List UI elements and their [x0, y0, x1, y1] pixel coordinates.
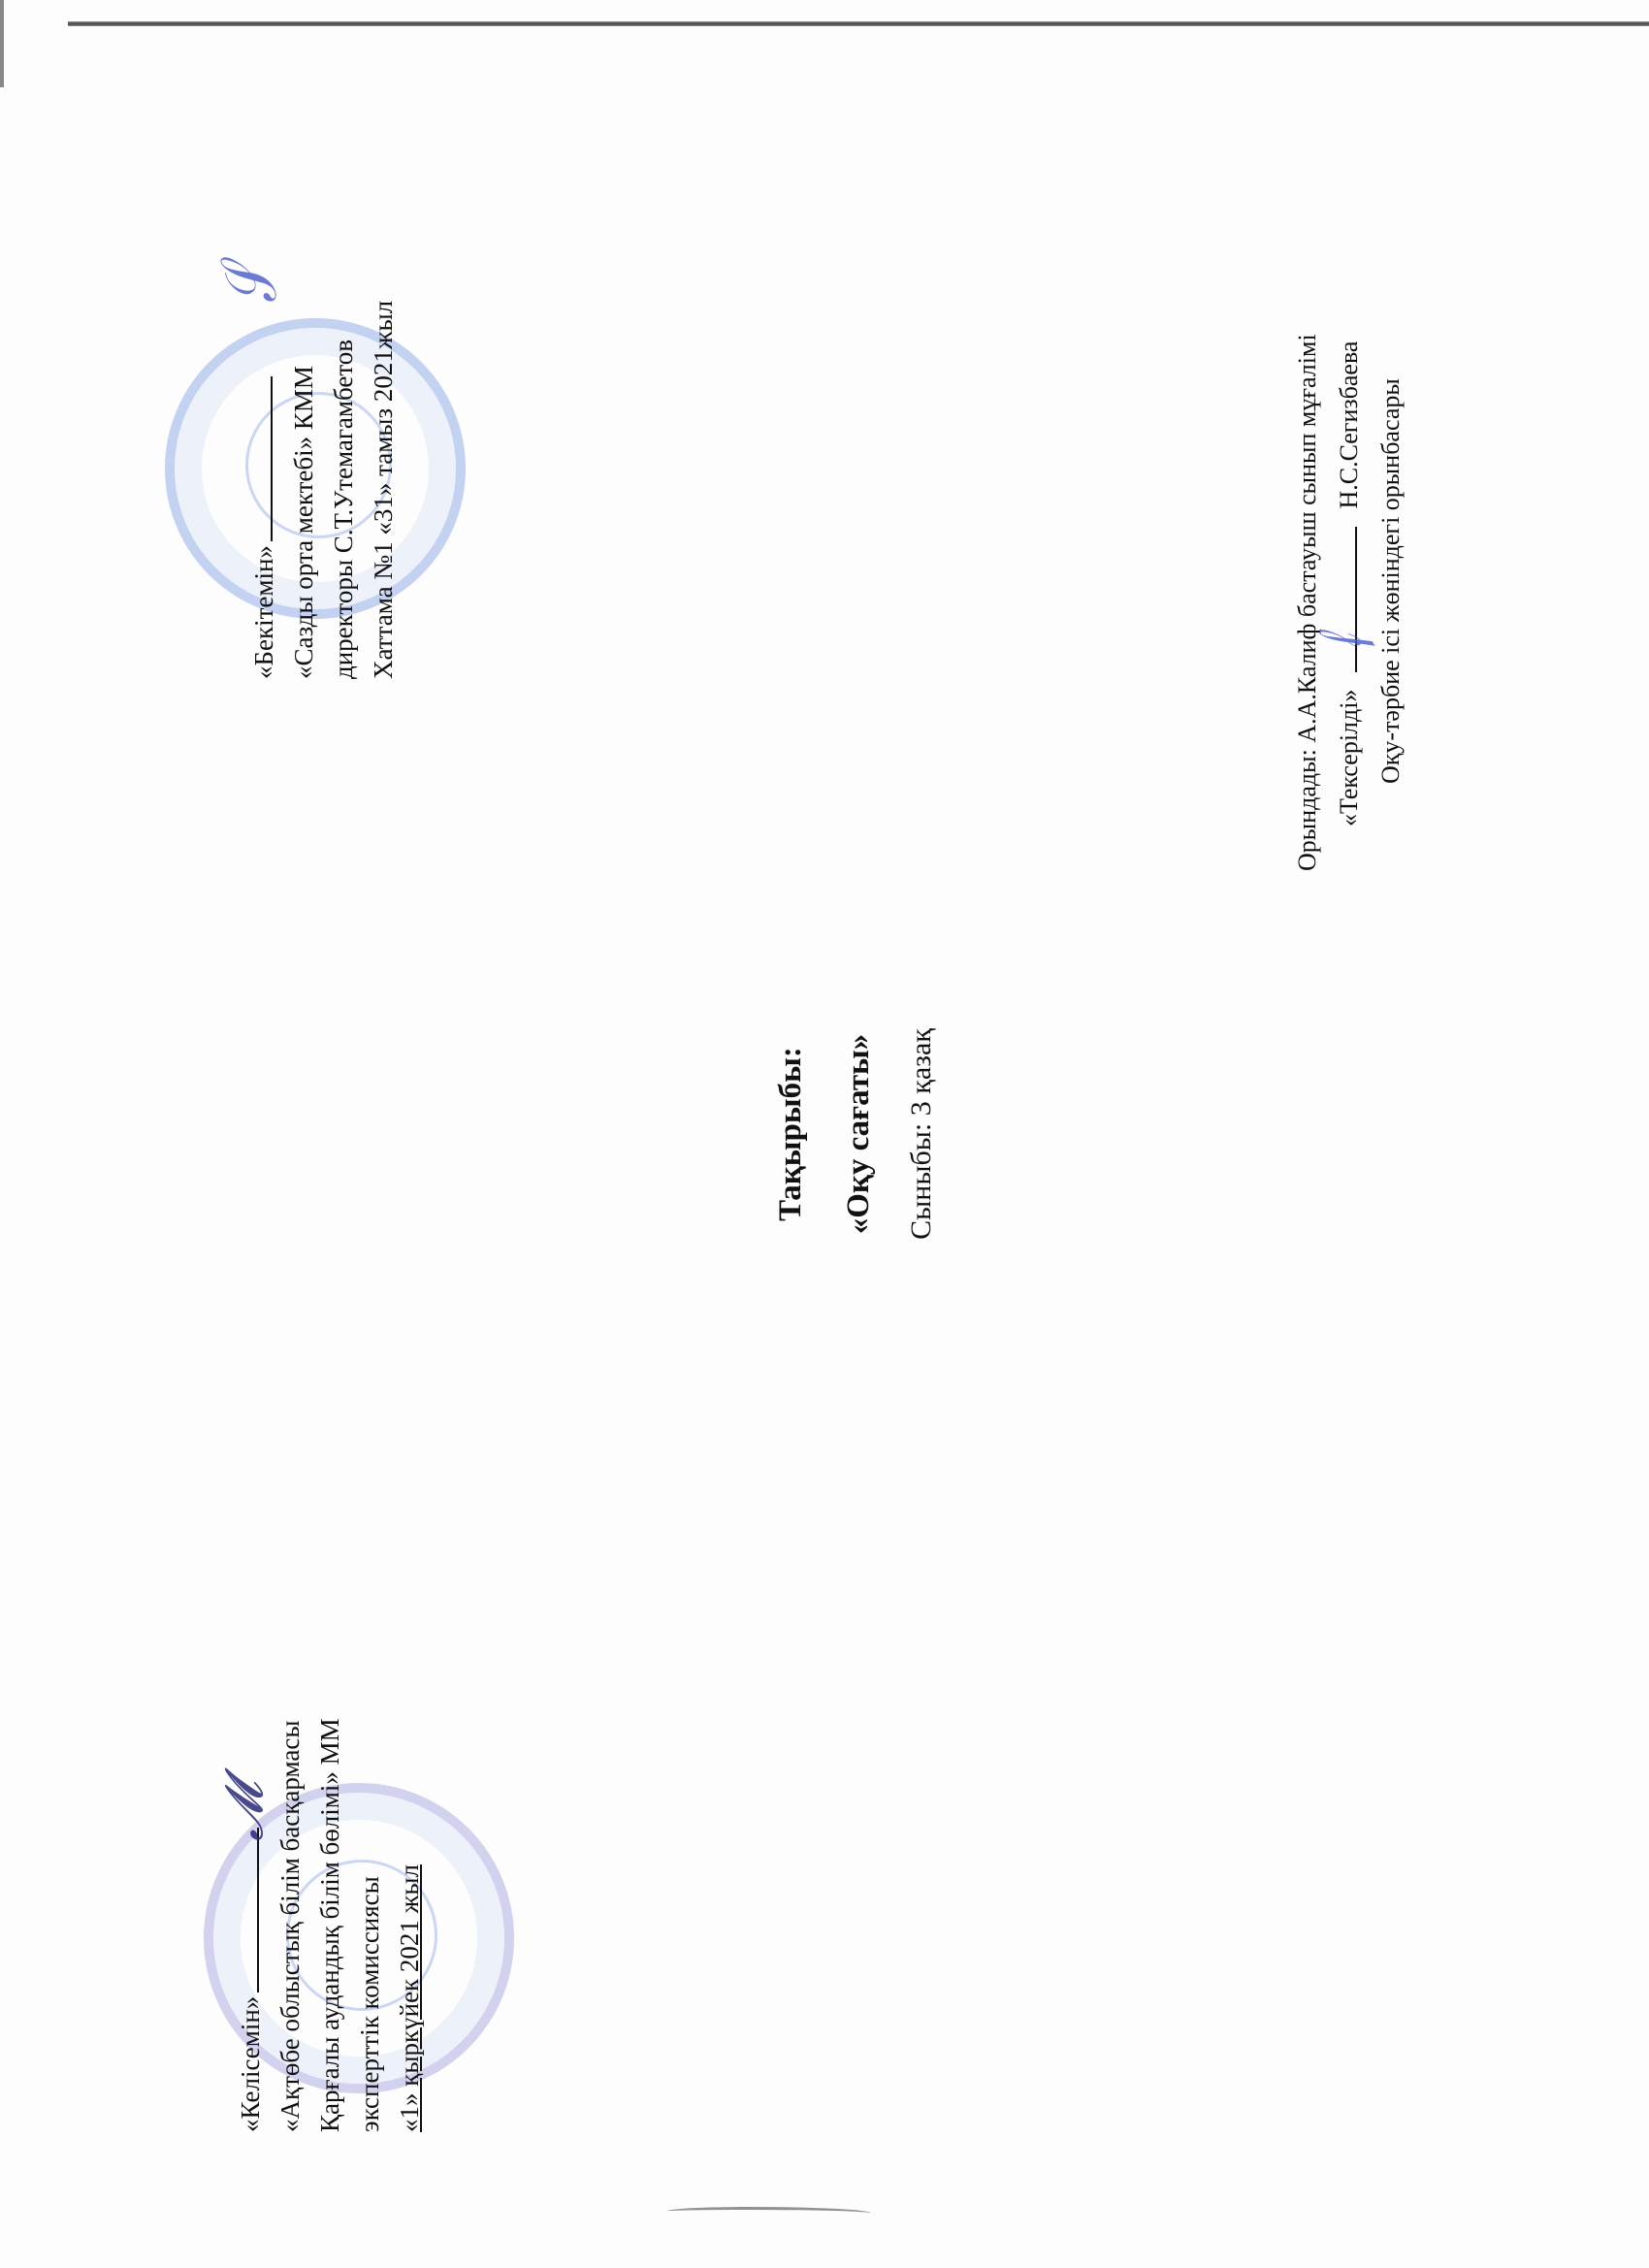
agree-org-1: «Ақтөбе облыстық білім басқармасы: [271, 1718, 310, 2132]
rotated-page: «Бекітемін» «Сазды орта мектебі» КММ дир…: [0, 0, 1649, 2268]
approve-block: «Бекітемін» «Сазды орта мектебі» КММ дир…: [244, 301, 404, 679]
class-line: Сыныбы: 3 қазақ: [897, 0, 946, 2268]
checked-line: «Тексерілді»Н.С.Сегизбаева: [1328, 334, 1370, 871]
agree-date: «1» қыркүйек 2021 жыл: [390, 1718, 430, 2132]
agree-org-2: Қарғалы аудандық білім бөлімі» ММ: [310, 1718, 350, 2132]
performer-block: Орындады: А.А.Калиф бастауыш сынып мұғал…: [1286, 334, 1411, 871]
signature-line: [234, 1828, 259, 1993]
signature-icon: 𝓜: [213, 1783, 275, 1841]
scan-artifact: [667, 2207, 871, 2218]
agree-commission: эксперттік комиссиясы: [350, 1718, 390, 2132]
signature-line: [247, 376, 273, 541]
agree-block: «Келісемін» «Ақтөбе облыстық білім басқа…: [231, 1718, 430, 2132]
title-block: Тақырыбы: «Оқу сағаты» Сыныбы: 3 қазақ: [761, 0, 946, 2268]
approve-school: «Сазды орта мектебі» КММ: [284, 301, 324, 679]
performer-line: Орындады: А.А.Калиф бастауыш сынып мұғал…: [1286, 334, 1328, 871]
topic-title: «Оқу сағаты»: [820, 0, 897, 2268]
approve-heading: «Бекітемін»: [244, 301, 284, 679]
agree-heading: «Келісемін»: [231, 1718, 271, 2132]
approve-director: директоры С.Т.Утемагамбетов: [324, 301, 364, 679]
approve-protocol: Хаттама №1 «31» тамыз 2021жыл: [364, 301, 404, 679]
deputy-line: Оқу-тәрбие ісі жөніндегі орынбасары: [1370, 334, 1411, 871]
topic-label: Тақырыбы:: [761, 0, 820, 2268]
